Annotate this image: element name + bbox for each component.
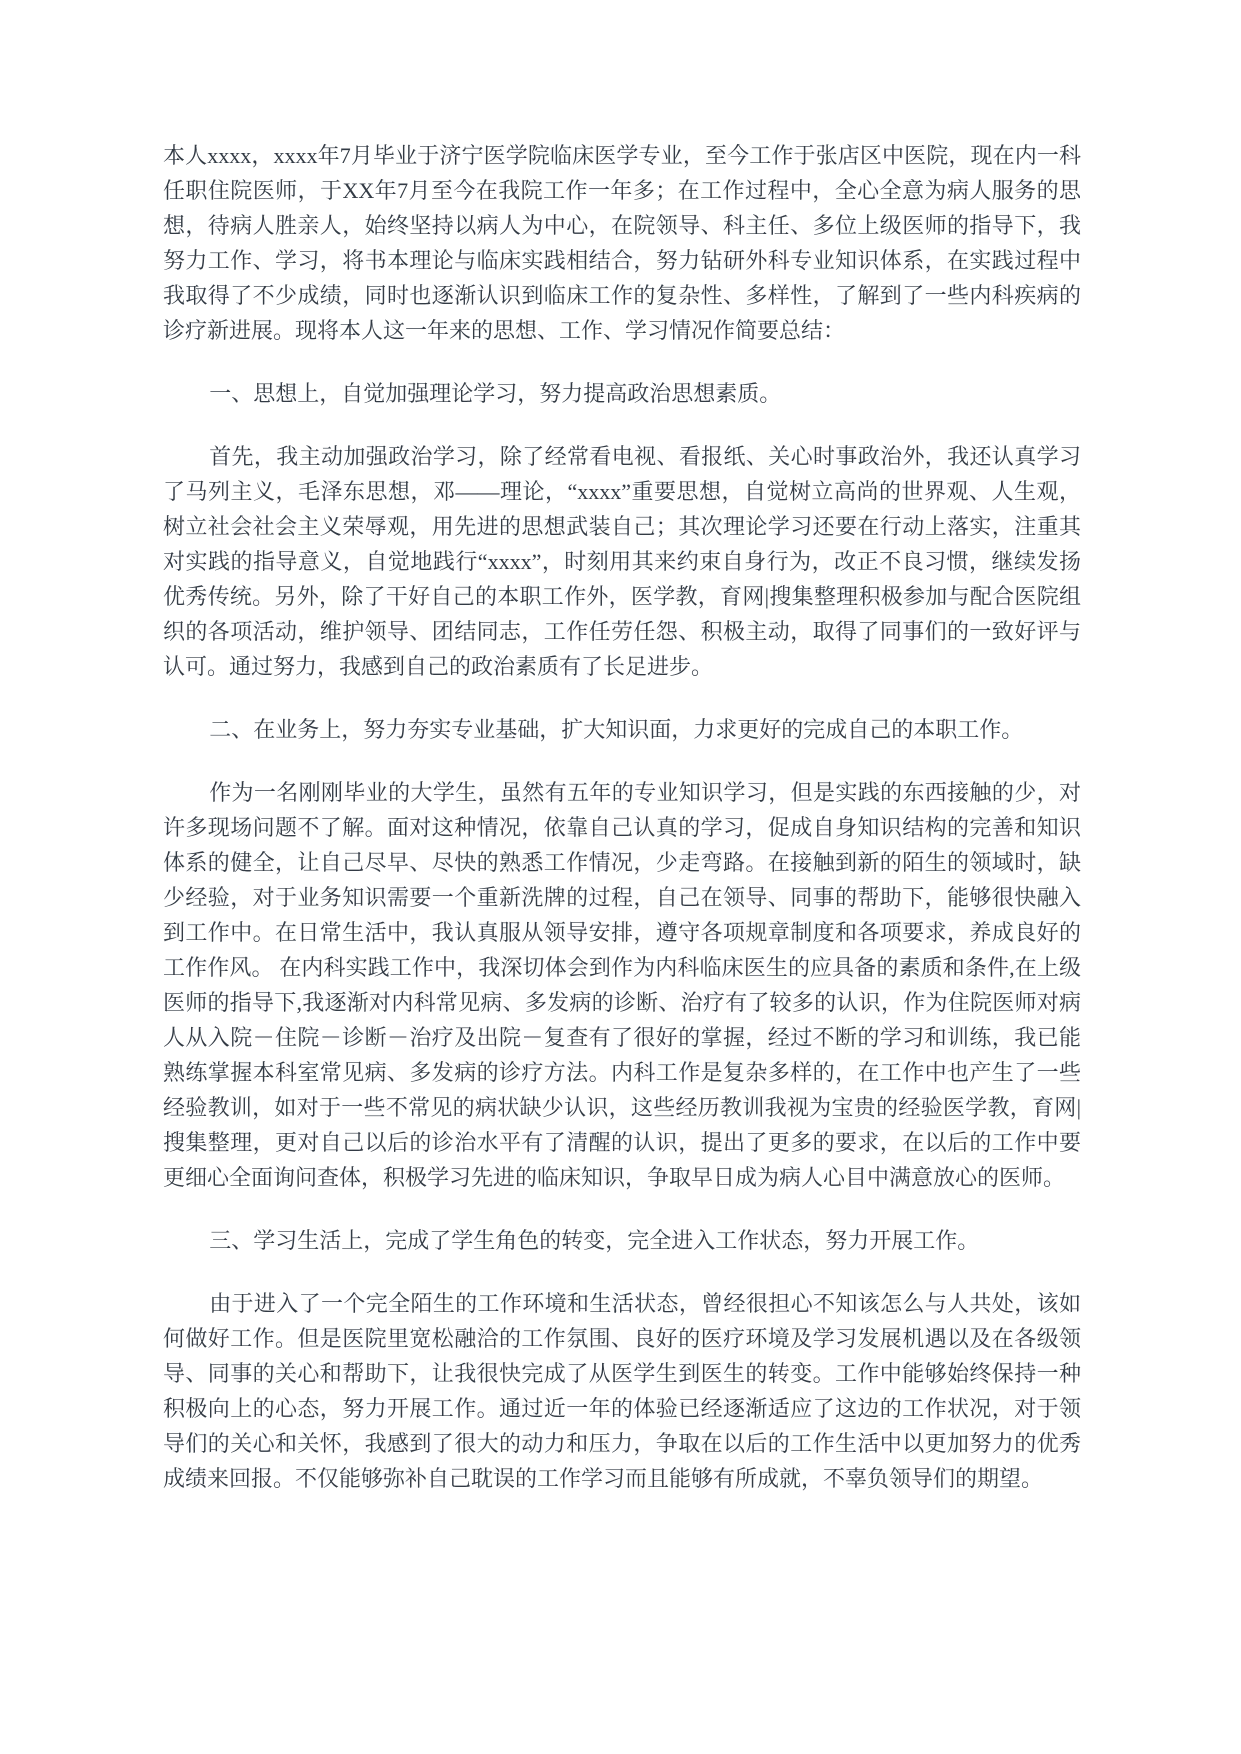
document-page: 本人xxxx，xxxx年7月毕业于济宁医学院临床医学专业，至今工作于张店区中医院… [0, 0, 1241, 1754]
document-body: 本人xxxx，xxxx年7月毕业于济宁医学院临床医学专业，至今工作于张店区中医院… [163, 138, 1081, 1496]
section-heading: 三、学习生活上，完成了学生角色的转变，完全进入工作状态，努力开展工作。 [163, 1223, 1081, 1258]
section-heading: 二、在业务上，努力夯实专业基础，扩大知识面，力求更好的完成自己的本职工作。 [163, 712, 1081, 747]
paragraph: 由于进入了一个完全陌生的工作环境和生活状态，曾经很担心不知该怎么与人共处，该如何… [163, 1286, 1081, 1496]
paragraph: 首先，我主动加强政治学习，除了经常看电视、看报纸、关心时事政治外，我还认真学习了… [163, 439, 1081, 684]
paragraph: 本人xxxx，xxxx年7月毕业于济宁医学院临床医学专业，至今工作于张店区中医院… [163, 138, 1081, 348]
section-heading: 一、思想上，自觉加强理论学习，努力提高政治思想素质。 [163, 376, 1081, 411]
paragraph: 作为一名刚刚毕业的大学生，虽然有五年的专业知识学习，但是实践的东西接触的少，对许… [163, 775, 1081, 1195]
